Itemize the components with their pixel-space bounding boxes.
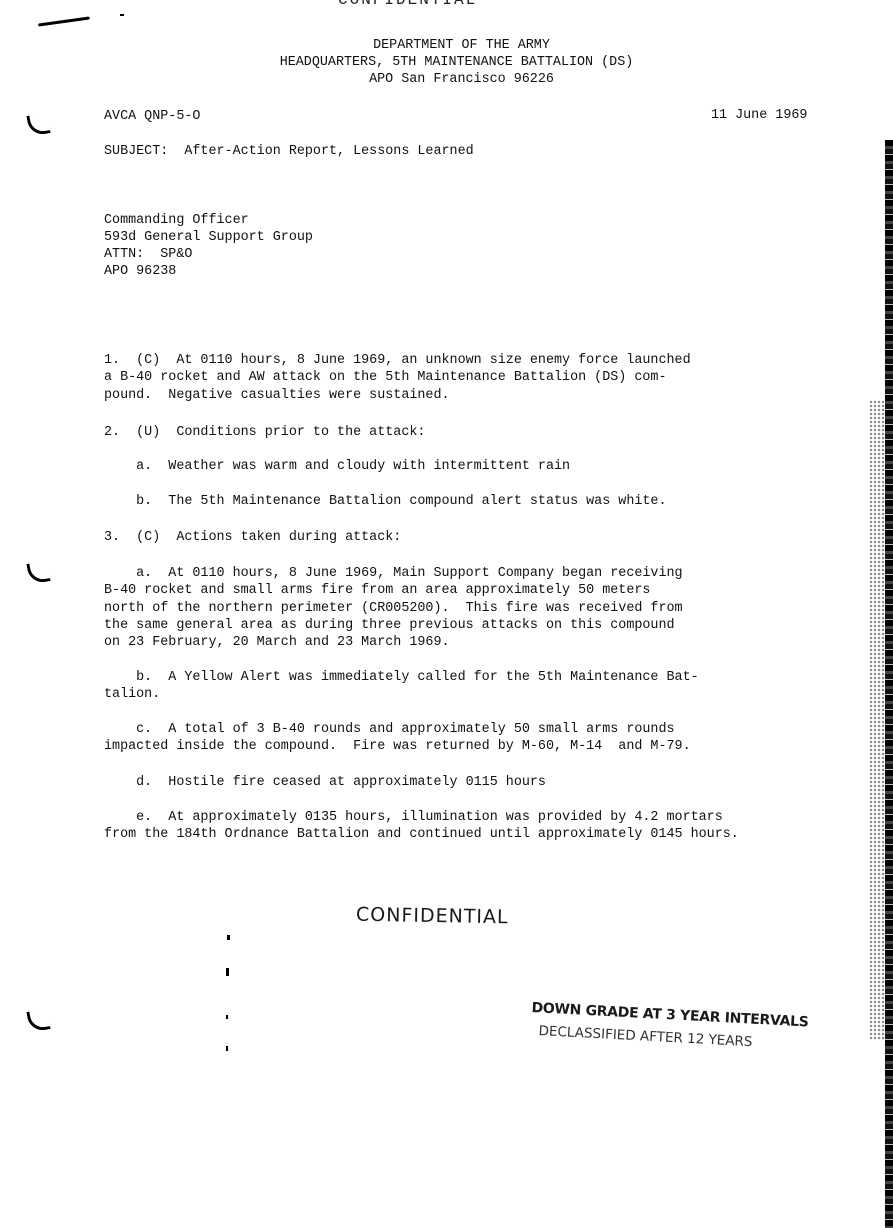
hole-punch-mark (26, 1008, 50, 1032)
hole-punch-mark (26, 560, 50, 584)
header-department: DEPARTMENT OF THE ARMY (0, 38, 893, 53)
speck (226, 1015, 228, 1019)
page-edge-shadow (885, 140, 893, 1228)
addressee-line-2: 593d General Support Group (104, 229, 313, 246)
pen-mark (38, 16, 90, 26)
paragraph-2: 2. (U) Conditions prior to the attack: (104, 424, 784, 441)
speck (226, 968, 229, 976)
paragraph-3a: a. At 0110 hours, 8 June 1969, Main Supp… (104, 565, 784, 651)
classification-top: CONFIDENTIAL (338, 0, 477, 9)
document-date: 11 June 1969 (711, 108, 807, 123)
page-edge-noise (869, 400, 885, 1040)
paragraph-3d: d. Hostile fire ceased at approximately … (104, 774, 784, 791)
addressee-line-1: Commanding Officer (104, 212, 249, 229)
reference-code: AVCA QNP-5-O (104, 108, 200, 125)
paragraph-3e: e. At approximately 0135 hours, illumina… (104, 809, 794, 844)
paragraph-2a: a. Weather was warm and cloudy with inte… (104, 458, 784, 475)
paragraph-3c: c. A total of 3 B-40 rounds and approxim… (104, 721, 784, 756)
classification-bottom: CONFIDENTIAL (356, 904, 509, 929)
paragraph-1: 1. (C) At 0110 hours, 8 June 1969, an un… (104, 352, 784, 404)
paragraph-2b: b. The 5th Maintenance Battalion compoun… (104, 493, 784, 510)
speck (120, 14, 124, 16)
paragraph-3b: b. A Yellow Alert was immediately called… (104, 669, 784, 704)
downgrade-stamp-line-2: DECLASSIFIED AFTER 12 YEARS (538, 1023, 753, 1050)
speck (226, 1046, 228, 1051)
hole-punch-mark (26, 112, 50, 136)
header-address: APO San Francisco 96226 (0, 72, 893, 87)
subject-line: SUBJECT: After-Action Report, Lessons Le… (104, 143, 474, 160)
addressee-line-3: ATTN: SP&O (104, 246, 192, 263)
paragraph-3: 3. (C) Actions taken during attack: (104, 529, 784, 546)
header-unit: HEADQUARTERS, 5TH MAINTENANCE BATTALION … (0, 55, 893, 70)
speck (227, 935, 230, 940)
addressee-line-4: APO 96238 (104, 263, 176, 280)
